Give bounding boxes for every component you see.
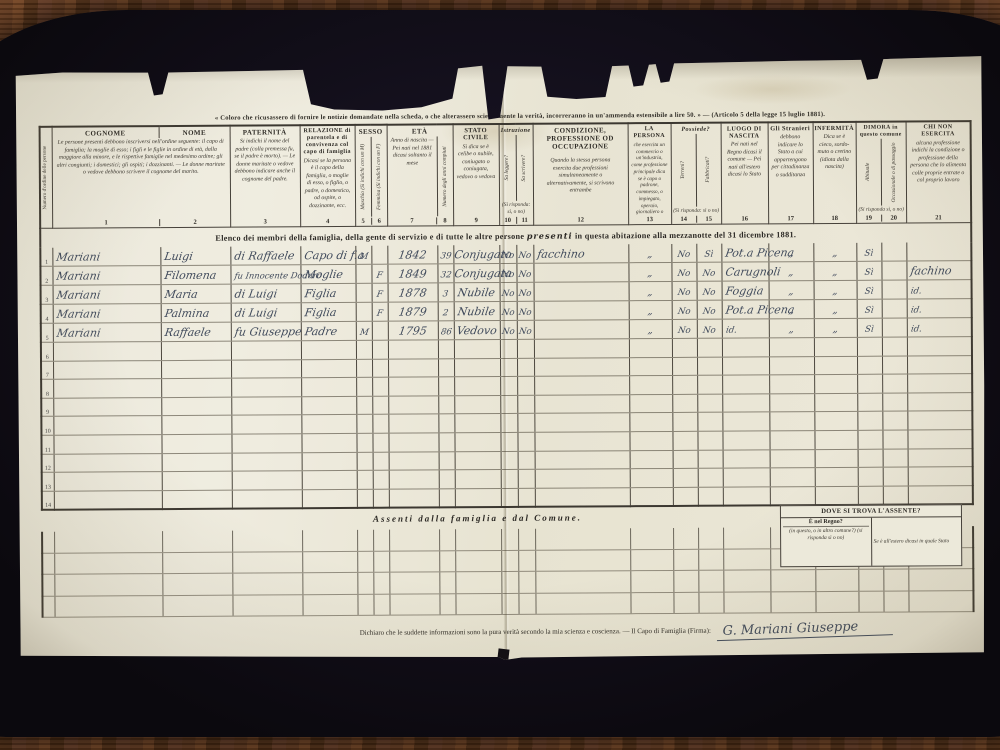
cell (388, 414, 438, 433)
col-header-stato-civile: STATO CIVILE Si dica se è celibe o nubil… (453, 124, 500, 226)
cell (373, 573, 389, 595)
form-content: « Coloro che ricusassero di fornire le n… (39, 110, 975, 643)
cell (815, 486, 858, 505)
cell: No (697, 319, 722, 338)
cell: Carugnoli (721, 262, 768, 281)
handwritten-entry: Foggia (724, 285, 763, 296)
cell (697, 338, 722, 357)
cell (501, 432, 518, 451)
cell: No (517, 282, 534, 301)
cell (723, 549, 770, 571)
cell (357, 530, 373, 551)
cell (770, 486, 815, 505)
cell (357, 573, 373, 595)
cell (373, 470, 389, 489)
cell: Mariani (52, 266, 160, 286)
handwritten-entry: id. (910, 287, 922, 296)
cell (881, 243, 906, 262)
cell (815, 570, 858, 592)
cell: No (672, 300, 697, 319)
cell (533, 263, 628, 283)
cell (357, 594, 373, 616)
cell (455, 593, 501, 615)
handwritten-entry: Sì (864, 250, 874, 259)
cell: 1795 (388, 321, 438, 340)
census-table: Numero d'ordine delle persone COGNOME NO… (39, 120, 974, 511)
cell (698, 487, 723, 506)
cell: fachino (907, 261, 972, 280)
cell (454, 395, 500, 414)
col-header-cognome-nome: COGNOME NOME Le persone presenti debbono… (52, 126, 231, 229)
cell (883, 467, 908, 486)
cell (814, 337, 857, 356)
cell (698, 549, 723, 571)
cell (535, 469, 630, 488)
head-of-family-signature: G. Mariani Giuseppe (717, 619, 893, 642)
declaration-line: Dichiaro che le suddette informazioni so… (360, 620, 969, 641)
handwritten-entry: Mariani (55, 308, 100, 319)
handwritten-entry: No (677, 289, 691, 298)
cell: Conjugato (453, 245, 499, 264)
cell: Sì (856, 261, 881, 280)
cell (630, 549, 673, 571)
cell (455, 451, 501, 470)
cell (815, 430, 858, 449)
cell (518, 529, 535, 550)
cell (501, 572, 518, 594)
cell (672, 413, 697, 432)
cell (373, 452, 389, 471)
row-number: 8 (41, 379, 53, 398)
cell (630, 450, 673, 469)
cell (53, 397, 161, 416)
row-number: 11 (41, 435, 53, 454)
cell (629, 394, 672, 413)
cell (534, 282, 629, 302)
row-number: 2 (40, 266, 52, 285)
cell (698, 528, 723, 549)
col-header-dimora: DIMORA in questo comune Abituale Occasio… (856, 122, 907, 224)
cell (697, 357, 722, 376)
handwritten-entry: id. (725, 327, 737, 336)
handwritten-entry: id. (910, 325, 922, 334)
cell (857, 337, 882, 356)
cell: 1842 (387, 245, 437, 264)
handwritten-entry: Sì (704, 251, 714, 260)
cell (388, 358, 438, 377)
cell (389, 470, 439, 489)
cell: Mariani (53, 323, 161, 343)
cell (906, 242, 971, 261)
cell: facchino (533, 244, 628, 263)
handwritten-entry: Moglie (303, 269, 343, 280)
cell (535, 529, 630, 551)
cell (438, 396, 454, 415)
cell (301, 415, 356, 434)
cell (231, 415, 301, 434)
cell (372, 377, 388, 396)
cell (722, 412, 769, 431)
handwritten-entry: No (702, 308, 716, 317)
cell (389, 530, 439, 551)
cell (232, 595, 302, 617)
cell: Pot.a Picena (722, 300, 769, 319)
cell: Mariani (53, 304, 161, 324)
row-number (42, 575, 54, 597)
handwritten-entry: 39 (439, 252, 451, 261)
declaration-text: Dichiaro che le suddette informazioni so… (360, 627, 711, 637)
handwritten-entry: No (677, 251, 691, 260)
cell: di Luigi (231, 303, 301, 322)
cell (672, 338, 697, 357)
cell (439, 594, 455, 616)
absent-box-title: DOVE SI TROVA L'ASSENTE? (781, 506, 961, 519)
cell (673, 431, 698, 450)
handwritten-entry: Mariani (55, 289, 100, 300)
cell: 86 (438, 321, 454, 340)
col-header-infermita: INFERMITÀ Dica se è cieco, sordo-muto o … (813, 122, 857, 224)
cell: Palmina (161, 303, 231, 322)
cell: fu Giuseppe (231, 322, 301, 341)
handwritten-entry: Palmina (163, 308, 209, 319)
cell: No (671, 262, 696, 281)
cell (501, 488, 518, 507)
cell (673, 468, 698, 487)
cell (517, 395, 534, 414)
cell (907, 411, 972, 430)
handwritten-entry: „ (788, 325, 795, 335)
cell (723, 528, 770, 549)
handwritten-entry: No (677, 270, 691, 279)
cell (356, 415, 372, 434)
cell: No (500, 320, 517, 339)
cell (698, 431, 723, 450)
cell (356, 396, 372, 415)
handwritten-entry: Vedovo (456, 325, 498, 336)
cell (535, 450, 630, 469)
cell (302, 452, 357, 471)
cell (54, 472, 162, 491)
cell (388, 396, 438, 415)
cell (697, 375, 722, 394)
cell: id. (907, 318, 972, 337)
cell (882, 318, 907, 337)
cell (53, 360, 161, 379)
cell: Nubile (454, 302, 500, 321)
cell: No (517, 301, 534, 320)
cell (372, 396, 388, 415)
handwritten-entry: „ (647, 326, 654, 336)
cell (535, 487, 630, 507)
cell: Mariani (52, 247, 160, 266)
cell: „ (769, 281, 814, 300)
cell (161, 434, 231, 453)
handwritten-entry: „ (647, 288, 654, 298)
cell: No (516, 245, 533, 264)
cell (535, 571, 630, 593)
cell (501, 550, 518, 572)
row-number (42, 596, 54, 618)
cell (302, 573, 357, 595)
cell (770, 449, 815, 468)
cell (629, 376, 672, 395)
cell (770, 468, 815, 487)
cell (722, 394, 769, 413)
cell (722, 338, 769, 357)
cell: No (672, 281, 697, 300)
cell (518, 593, 535, 615)
cell (373, 489, 389, 508)
handwritten-entry: Sì (864, 269, 874, 278)
cell (723, 570, 770, 592)
cell (815, 467, 858, 486)
cell (858, 467, 883, 486)
cell: „ (813, 261, 856, 280)
cell (908, 485, 973, 504)
col-header-luogo-nascita: LUOGO DI NASCITA Pei nati nel Regno dica… (721, 122, 769, 224)
cell (54, 595, 162, 617)
cell (882, 337, 907, 356)
cell: Nubile (454, 283, 500, 302)
cell: fu Innocente Dodaro (230, 265, 300, 284)
cell (518, 451, 535, 470)
cell (357, 551, 373, 573)
handwritten-entry: Pot.a Picena (724, 247, 794, 258)
handwritten-entry: No (702, 270, 716, 279)
cell (858, 449, 883, 468)
cell (907, 392, 972, 411)
cell: di Luigi (231, 284, 301, 303)
handwritten-entry: fu Giuseppe (234, 326, 302, 337)
cell (161, 397, 231, 416)
cell (629, 357, 672, 376)
cell (372, 321, 388, 340)
cell (301, 396, 356, 415)
paper-stain (693, 74, 853, 105)
cell (372, 359, 388, 378)
cell: Vedovo (454, 321, 500, 340)
person-row (42, 590, 973, 617)
cell (355, 264, 371, 283)
cell (883, 486, 908, 505)
handwritten-entry: 1878 (398, 287, 428, 298)
cell (372, 340, 388, 359)
cell (883, 591, 908, 613)
cell (161, 341, 231, 360)
cell: „ (814, 318, 857, 337)
handwritten-entry: Luigi (163, 251, 193, 262)
row-number: 6 (41, 342, 53, 361)
handwritten-entry: Pot.a Picena (724, 304, 794, 315)
cell: No (516, 263, 533, 282)
cell: „ (814, 299, 857, 318)
desk-scene: « Coloro che ricusassero di fornire le n… (0, 0, 1000, 750)
cell (630, 469, 673, 488)
cell (389, 572, 439, 594)
cell (518, 488, 535, 507)
cell (357, 489, 373, 508)
cell (231, 434, 301, 453)
cell: Sì (857, 280, 882, 299)
handwritten-entry: Mariani (55, 251, 100, 262)
cell (858, 591, 883, 613)
cell (301, 340, 356, 359)
cell (908, 448, 973, 467)
cell (388, 340, 438, 359)
cell (53, 342, 161, 361)
handwritten-entry: Figlia (303, 307, 336, 318)
cell (858, 486, 883, 505)
row-number: 14 (42, 491, 54, 510)
row-number (42, 553, 54, 575)
handwritten-entry: Sì (864, 288, 874, 297)
cell (161, 378, 231, 397)
cell (857, 393, 882, 412)
cell (438, 433, 454, 452)
row-number: 12 (42, 454, 54, 473)
cell (357, 452, 373, 471)
cell (388, 433, 438, 452)
cell: Luigi (160, 247, 230, 266)
cell: „ (628, 244, 671, 263)
cell (534, 301, 629, 321)
handwritten-entry: Filomena (163, 270, 217, 281)
cell (301, 359, 356, 378)
cell (372, 433, 388, 452)
handwritten-entry: di Luigi (233, 288, 277, 299)
cell (673, 549, 698, 571)
cell: No (500, 301, 517, 320)
cell (439, 470, 455, 489)
handwritten-entry: Maria (163, 289, 198, 300)
cell (232, 471, 302, 490)
cell (858, 430, 883, 449)
handwritten-entry: No (518, 328, 532, 337)
handwritten-entry: 3 (442, 290, 449, 299)
cell (630, 431, 673, 450)
cell (162, 490, 232, 510)
col-header-chi-non-esercita: CHI NON ESERCITA alcuna professione indi… (906, 121, 972, 223)
cell (630, 571, 673, 593)
cell (455, 488, 501, 507)
cell (301, 433, 356, 452)
handwritten-entry: Raffaele (164, 327, 212, 338)
row-number: 4 (41, 304, 53, 323)
cell (371, 246, 387, 265)
handwritten-entry: „ (647, 307, 654, 317)
handwritten-entry: Figlia (303, 288, 336, 299)
cell: „ (629, 300, 672, 319)
cell: Conjugata (453, 264, 499, 283)
cell (372, 415, 388, 434)
cell (883, 449, 908, 468)
cell (673, 528, 698, 549)
cell (356, 283, 372, 302)
cell (517, 414, 534, 433)
cell (883, 430, 908, 449)
row-number: 5 (41, 323, 53, 342)
cell (438, 358, 454, 377)
absent-box-regno: È nel Regno? (in questo, o in altro comu… (781, 518, 871, 567)
cell (231, 341, 301, 360)
cell (54, 531, 162, 553)
col-header-possiede: Possiede? Terreni? Fabbricati? (Si rispo… (671, 123, 722, 225)
cell (534, 320, 629, 340)
cell (534, 376, 629, 395)
cell (697, 413, 722, 432)
cell (518, 572, 535, 594)
cell (698, 450, 723, 469)
cell: 1849 (387, 264, 437, 283)
cell (438, 414, 454, 433)
cell (723, 468, 770, 487)
cell (858, 570, 883, 592)
cell (907, 337, 972, 356)
cell (673, 592, 698, 614)
cell (438, 377, 454, 396)
cell (54, 453, 162, 472)
cell: 1879 (388, 302, 438, 321)
cell (908, 430, 973, 449)
cell (232, 552, 302, 574)
cell (53, 435, 161, 454)
handwritten-entry: „ (832, 325, 839, 335)
cell: Pot.a Picena (721, 243, 768, 262)
cell (302, 471, 357, 490)
row-number: 1 (40, 248, 52, 267)
cell (232, 452, 302, 471)
cell: „ (813, 243, 856, 262)
cell (455, 572, 501, 594)
handwritten-entry: F (376, 291, 383, 300)
cell (518, 469, 535, 488)
cell (630, 592, 673, 614)
cell: Sì (856, 243, 881, 262)
row-number (42, 532, 54, 553)
cell: No (672, 319, 697, 338)
cell (769, 375, 814, 394)
cell: Moglie (300, 264, 355, 283)
cell: No (500, 282, 517, 301)
cell (907, 355, 972, 374)
cell (517, 376, 534, 395)
cell (815, 449, 858, 468)
cell (882, 393, 907, 412)
handwritten-entry: di Raffaele (233, 250, 295, 261)
handwritten-entry: F (376, 272, 383, 281)
cell (53, 379, 161, 398)
cell (518, 432, 535, 451)
cell (439, 451, 455, 470)
handwritten-entry: No (518, 309, 532, 318)
handwritten-entry: Padre (304, 326, 338, 337)
cell: 3 (438, 283, 454, 302)
cell (723, 431, 770, 450)
cell (302, 489, 357, 508)
row-number: 7 (41, 361, 53, 380)
cell (723, 487, 770, 506)
cell (673, 571, 698, 593)
cell (162, 552, 232, 574)
handwritten-entry: No (518, 252, 532, 261)
cell (882, 280, 907, 299)
cell: „ (628, 262, 671, 281)
cell (908, 467, 973, 486)
cell (501, 593, 518, 615)
handwritten-entry: No (702, 289, 716, 298)
cell: Sì (857, 318, 882, 337)
cell (857, 356, 882, 375)
